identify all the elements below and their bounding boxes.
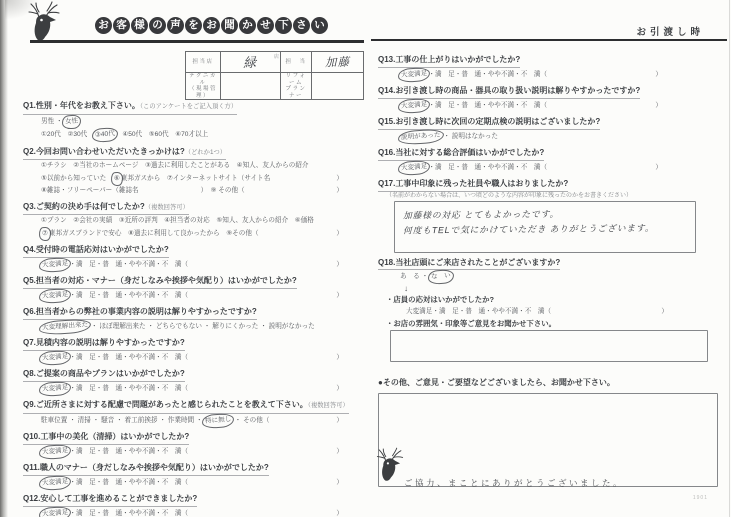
circled-answer: 大変理解出来た — [39, 318, 92, 335]
title-char-circle: 下 — [275, 17, 292, 34]
questions-column-left: Q1.性別・年代をお教え下さい。（このアンケートをご記入頂く方）男性 ・ 女性①… — [23, 99, 370, 517]
question-title-text: Q9.ご近所さまに対する配慮で問題があったと感じられたことを教えて下さい。（複数… — [23, 398, 349, 414]
scan-edge-line — [729, 0, 730, 517]
question-number-and-text: Q13.工事の仕上がりはいかがでしたか? — [378, 55, 520, 64]
answer-option: 説明がなかった — [269, 321, 315, 333]
deer-logo-icon — [374, 446, 406, 489]
paren-close: ） — [336, 185, 343, 197]
question-title-text: Q1.性別・年代をお教え下さい。（このアンケートをご記入頂く方） — [23, 99, 237, 115]
answer-options: あ る ・ な い — [400, 270, 727, 284]
option-separator: ・ — [96, 508, 103, 517]
question-Q6: Q6.担当者からの弊社の事業内容の説明は解りやすかったですか?大変理解出来た ・… — [23, 305, 370, 333]
scan-edge-shadow — [0, 0, 8, 517]
circled-answer: 大変満足 — [398, 159, 431, 175]
option-separator: ・ — [89, 321, 99, 333]
question-title-text: Q3.ご契約の決め手は何でしたか?（複数回答可） — [23, 200, 189, 216]
question-Q13: Q13.工事の仕上がりはいかがでしたか?大変満足・満 足・普 通・やや不満・不 … — [378, 53, 727, 81]
circled-answer: ⑥ — [110, 171, 123, 185]
answer-option: 満 足 — [76, 477, 96, 489]
question-Q17: Q17.工事中印象に残った社員や職人はおりましたか?（名前がわからない場合は、い… — [378, 177, 727, 253]
option-separator — [67, 215, 74, 227]
option-separator: ・ — [122, 477, 129, 489]
option-separator: ・ — [459, 306, 466, 318]
answer-option: 満 足 — [76, 352, 96, 364]
option-separator: ・ — [122, 383, 129, 395]
answer-option: 不 満（ — [162, 383, 188, 395]
answer-option: 普 通 — [465, 306, 485, 318]
paren-close: ） — [661, 306, 668, 318]
question-number-and-text: Q6.担当者からの弊社の事業内容の説明は解りやすかったですか? — [23, 307, 257, 316]
question-title-text: Q13.工事の仕上がりはいかがでしたか? — [378, 53, 520, 68]
question-title-text: Q12.安心して工事を進めることができましたか? — [23, 492, 197, 507]
answer-option: ） ⑨ その他（ — [201, 185, 245, 197]
option-separator: ・ — [96, 259, 103, 271]
answer-options: 大変満足・満 足・普 通・やや不満・不 満（） — [41, 445, 343, 459]
answer-option: 不 満（ — [162, 290, 188, 302]
question-number-and-text: Q10.工事中の美化（清掃）はいかがでしたか? — [23, 432, 189, 441]
answer-option: やや不満 — [129, 477, 155, 489]
answer-option: やや不満 — [129, 446, 155, 458]
answer-option: 不 満（ — [162, 446, 188, 458]
option-separator — [288, 215, 295, 227]
option-separator: ・ — [155, 383, 162, 395]
answer-option: ③近所の評判 — [119, 215, 158, 227]
option-separator: ・ — [122, 290, 129, 302]
question-title: Q11.職人のマナー（身だしなみや挨拶や気配り）はいかがでしたか? — [23, 461, 370, 476]
circled-answer: 大変満足 — [39, 380, 72, 396]
answer-option: ④担当者の対応 — [164, 215, 209, 227]
question-title-text: Q11.職人のマナー（身だしなみや挨拶や気配り）はいかがでしたか? — [23, 461, 269, 476]
circled-answer: な い — [428, 269, 455, 284]
answer-option: 普 通 — [102, 446, 122, 458]
answer-option: ①チラシ — [41, 160, 67, 172]
answer-option: ②当社のホームページ — [73, 160, 138, 172]
answer-option: 不 満（ — [162, 259, 188, 271]
question-number-and-text: Q3.ご契約の決め手は何でしたか? — [23, 202, 145, 211]
option-separator: ・ — [96, 446, 103, 458]
answer-options: 大変満足・満 足・普 通・やや不満・不 満（） — [41, 476, 343, 490]
question-title: Q15.お引き渡し時に次回の定期点検の説明はございましたか? — [378, 115, 727, 130]
sub-question-title: ・お店の雰囲気・印象等ご意見をお聞かせ下さい。 — [386, 317, 727, 330]
option-separator — [230, 160, 237, 172]
store-suffix: 店 — [274, 53, 279, 60]
question-number-and-text: Q16.当社に対する総合評価はいかがでしたか? — [378, 148, 544, 157]
answer-options: 大変満足・満 足・普 通・やや不満・不 満（） — [41, 289, 343, 303]
question-Q15: Q15.お引き渡し時に次回の定期点検の説明はございましたか?説明があった ・ 説… — [378, 115, 727, 143]
title-char-circle: さ — [293, 17, 310, 34]
option-separator: ・ — [122, 259, 129, 271]
paren-close: ） — [655, 69, 662, 81]
answer-option: 男性 — [41, 116, 54, 128]
option-separator: ・ — [481, 100, 488, 112]
circled-answer: 大変満足 — [39, 349, 72, 365]
paren-close: ） — [336, 259, 343, 271]
answer-option: 説明はなかった — [452, 131, 498, 143]
answer-option: 不 満（ — [162, 477, 188, 489]
answer-option: 満 足 — [435, 100, 455, 112]
other-comments-box — [378, 393, 718, 487]
question-Q16: Q16.当社に対する総合評価はいかがでしたか?大変満足・満 足・普 通・やや不満… — [378, 146, 727, 174]
option-separator: ・ — [155, 508, 162, 517]
answer-options: 大変満足・満 足・普 通・やや不満・不 満（） — [406, 306, 668, 318]
answer-option: ⑤以前から知っていた — [41, 173, 113, 185]
question-title-text: Q4.受付時の電話応対はいかがでしたか? — [23, 243, 169, 258]
title-char-circle: お — [203, 17, 220, 34]
question-title-text: Q14.お引き渡し時の商品・器具の取り扱い説明は解りやすかったですか? — [378, 84, 640, 99]
option-separator: ・ — [485, 306, 492, 318]
question-title: Q14.お引き渡し時の商品・器具の取り扱い説明は解りやすかったですか? — [378, 84, 727, 99]
option-separator: ・ — [122, 446, 129, 458]
answer-option: 満 足 — [76, 290, 96, 302]
answer-option: ③過去に利用したことがある — [145, 160, 230, 172]
scanned-survey-form: お客様の声をお聞かせ下さい お引渡し時 担当店 緑 店 担 当 加藤 テクニカル… — [0, 0, 731, 517]
answer-option: 駐車位置 — [41, 415, 67, 427]
answer-option: 普 通 — [102, 508, 122, 517]
question-title: Q12.安心して工事を進めることができましたか? — [23, 492, 370, 507]
answer-option: 大変満足 — [406, 306, 432, 318]
answer-options: 男性 ・ 女性 — [41, 115, 370, 129]
title-char-circle: せ — [257, 17, 274, 34]
option-separator: ・ — [114, 415, 124, 427]
staff-value-cell: 加藤 — [312, 52, 364, 73]
option-separator: ・ — [514, 100, 521, 112]
answer-option: 満 足 — [76, 383, 96, 395]
title-char-circle: を — [185, 17, 202, 34]
answer-option: やや不満 — [129, 290, 155, 302]
answer-option: 普 通 — [461, 100, 481, 112]
question-number-and-text: Q12.安心して工事を進めることができましたか? — [23, 494, 197, 503]
answer-options: 大変満足・満 足・普 通・やや不満・不 満（） — [41, 507, 343, 517]
question-Q4: Q4.受付時の電話応対はいかがでしたか?大変満足・満 足・普 通・やや不満・不 … — [23, 243, 370, 271]
question-Q1: Q1.性別・年代をお教え下さい。（このアンケートをご記入頂く方）男性 ・ 女性①… — [23, 99, 370, 142]
answer-option: ①プラン — [41, 215, 67, 227]
staff-value-handwriting: 加藤 — [325, 54, 351, 71]
option-separator: ・ — [233, 415, 243, 427]
answer-option: 東邦ガスから ⑦インターネットサイト（サイト名 — [121, 173, 270, 185]
paren-close: ） — [336, 352, 343, 364]
answer-option: 不 満（ — [521, 100, 547, 112]
other-comments-label: ●その他、ご意見・ご要望などございましたら、お聞かせ下さい。 — [378, 376, 727, 389]
page-title: お客様の声をお聞かせ下さい — [95, 17, 328, 34]
option-separator: ・ — [455, 69, 462, 81]
answer-option: 満 足 — [76, 446, 96, 458]
option-separator: ・ — [146, 321, 156, 333]
question-number-and-text: Q17.工事中印象に残った社員や職人はおりましたか? — [378, 179, 568, 188]
paren-close: ） — [336, 477, 343, 489]
question-number-and-text: Q18.当社店頭にご来店されたことがございますか? — [378, 258, 560, 267]
answer-option: 着工前挨拶 — [125, 415, 158, 427]
answer-options: 大変満足・満 足・普 通・やや不満・不 満（） — [400, 68, 662, 82]
option-separator: ・ — [155, 259, 162, 271]
question-title: Q10.工事中の美化（清掃）はいかがでしたか? — [23, 430, 370, 445]
paren-close: ） — [655, 100, 662, 112]
answer-option: やや不満 — [488, 69, 514, 81]
answer-option: ⑤知人、友人からの紹介 — [216, 215, 288, 227]
phase-underline-rule — [371, 39, 727, 41]
answer-options: 駐車位置 ・ 清掃 ・ 騒音 ・ 着工前挨拶 ・ 作業時間 ・ 特に無し ・ そ… — [41, 414, 343, 428]
answer-options: ①20代 ②30代 ③40代 ④50代 ⑤60代 ⑥70才以上 — [41, 128, 370, 142]
answer-option: 不 満（ — [521, 162, 547, 174]
store-value-handwriting: 緑 — [243, 52, 258, 71]
title-char-circle: お — [95, 17, 112, 34]
answer-option: やや不満 — [129, 259, 155, 271]
paren-close: ） — [336, 290, 343, 302]
answer-option: 普 通 — [102, 290, 122, 302]
question-title: Q4.受付時の電話応対はいかがでしたか? — [23, 243, 370, 258]
circled-answer: 大変満足 — [398, 66, 431, 82]
option-separator: ・ — [155, 290, 162, 302]
option-separator — [142, 129, 149, 141]
answer-option: 作業時間 — [168, 415, 194, 427]
arrow-down-icon: ↓ — [404, 284, 727, 293]
question-Q10: Q10.工事中の美化（清掃）はいかがでしたか?大変満足・満 足・普 通・やや不満… — [23, 430, 370, 458]
answer-options: 大変満足・満 足・普 通・やや不満・不 満（） — [41, 351, 343, 365]
answer-option: やや不満 — [488, 162, 514, 174]
option-separator — [112, 215, 119, 227]
title-char-circle: 声 — [167, 17, 184, 34]
paren-close: ） — [336, 415, 343, 427]
answer-option: 普 通 — [102, 352, 122, 364]
option-separator — [169, 129, 176, 141]
comment-box — [390, 330, 708, 362]
option-separator: ・ — [122, 352, 129, 364]
question-title: Q7.見積内容の説明は解りやすかったですか? — [23, 336, 370, 351]
answer-option: 普 通 — [461, 69, 481, 81]
question-title-text: Q8.ご提案の商品やプランはいかがでしたか? — [23, 367, 185, 382]
answer-option: やや不満 — [492, 306, 518, 318]
option-separator: ・ — [122, 508, 129, 517]
question-title-text: Q16.当社に対する総合評価はいかがでしたか? — [378, 146, 544, 161]
sub-question-title: ・店員の応対はいかがでしたか? — [386, 293, 727, 306]
paren-close: ） — [336, 446, 343, 458]
option-separator: ・ — [155, 446, 162, 458]
question-note: （どれか1つ） — [185, 149, 226, 156]
paren-close: ） — [336, 173, 343, 185]
answer-option: どちらでもない — [156, 321, 202, 333]
title-char-circle: の — [149, 17, 166, 34]
question-number-and-text: Q11.職人のマナー（身だしなみや挨拶や気配り）はいかがでしたか? — [23, 463, 269, 472]
answer-option: 普 通 — [461, 162, 481, 174]
option-separator — [67, 160, 74, 172]
answer-option: 満 足 — [76, 259, 96, 271]
question-number-and-text: Q4.受付時の電話応対はいかがでしたか? — [23, 245, 169, 254]
answer-options: 大変満足・満 足・普 通・やや不満・不 満（） — [41, 382, 343, 396]
answer-option: 騒音 — [101, 415, 114, 427]
title-char-circle: か — [239, 17, 256, 34]
circled-answer: 大変満足 — [39, 287, 72, 303]
option-separator: ・ — [155, 477, 162, 489]
question-note: （名前がわからない場合は、いつ頃どのような内容が印象に残ったのかをお書きください… — [386, 192, 727, 201]
paren-close: ） — [655, 162, 662, 174]
question-number-and-text: Q15.お引き渡し時に次回の定期点検の説明はございましたか? — [378, 117, 600, 126]
option-separator — [61, 129, 68, 141]
option-separator: ・ — [455, 162, 462, 174]
answer-option: 解りにくかった — [212, 321, 258, 333]
answer-option: 不 満（ — [162, 508, 188, 517]
question-Q3: Q3.ご契約の決め手は何でしたか?（複数回答可）①プラン ②会社の実績 ③近所の… — [23, 200, 370, 241]
option-separator: ・ — [96, 477, 103, 489]
question-Q8: Q8.ご提案の商品やプランはいかがでしたか?大変満足・満 足・普 通・やや不満・… — [23, 367, 370, 395]
circled-answer: 大変満足 — [39, 443, 72, 459]
circled-answer: 大変満足 — [39, 505, 72, 517]
question-number-and-text: Q1.性別・年代をお教え下さい。 — [23, 101, 140, 110]
answer-option: あ る — [400, 271, 420, 283]
question-Q5: Q5.担当者の対応・マナー（身だしなみや挨拶や気配り）はいかがでしたか?大変満足… — [23, 274, 370, 302]
option-separator: ・ — [481, 162, 488, 174]
option-separator: ・ — [96, 352, 103, 364]
store-value-cell: 緑 店 — [221, 52, 281, 73]
page-code: 1901 — [693, 495, 708, 501]
answer-option: 普 通 — [102, 477, 122, 489]
answer-option: ④50代 — [122, 129, 142, 141]
question-title-text: Q10.工事中の美化（清掃）はいかがでしたか? — [23, 430, 189, 445]
answer-options: ⑦東邦ガスブランドで安心 ⑧過去に利用して良かったから ⑨その他（） — [41, 227, 343, 241]
option-separator: ・ — [155, 352, 162, 364]
question-title: Q2.今回お問い合わせいただいたきっかけは?（どれか1つ） — [23, 145, 370, 161]
option-separator — [210, 215, 217, 227]
answer-option: 満 足 — [76, 508, 96, 517]
option-separator: ・ — [481, 69, 488, 81]
title-char-circle: 客 — [113, 17, 130, 34]
answer-option: やや不満 — [129, 383, 155, 395]
staff-table: 担当店 緑 店 担 当 加藤 テクニカル（現場管理） リフォームプランナー — [185, 51, 364, 100]
answer-option: 普 通 — [102, 259, 122, 271]
circled-answer: 女性 — [62, 114, 82, 129]
answer-option: 満 足 — [435, 162, 455, 174]
question-note: （複数回答可） — [145, 204, 189, 211]
technical-value-cell — [221, 73, 281, 100]
option-separator: ・ — [202, 321, 212, 333]
question-number-and-text: Q14.お引き渡し時の商品・器具の取り扱い説明は解りやすかったですか? — [378, 86, 640, 95]
question-title: Q6.担当者からの弊社の事業内容の説明は解りやすかったですか? — [23, 305, 370, 320]
question-note: （複数回答可） — [308, 402, 349, 409]
title-char-circle: い — [311, 17, 328, 34]
answer-option: ⑧雑誌・フリーペーパー（雑誌名 — [41, 185, 139, 197]
title-char-circle: 様 — [131, 17, 148, 34]
question-title-text: Q6.担当者からの弊社の事業内容の説明は解りやすかったですか? — [23, 305, 257, 320]
question-Q2: Q2.今回お問い合わせいただいたきっかけは?（どれか1つ）①チラシ ②当社のホー… — [23, 145, 370, 197]
answer-option: 普 通 — [102, 383, 122, 395]
staff-label: 担 当 — [281, 52, 312, 73]
answer-option: ⑥70才以上 — [175, 129, 208, 141]
question-title: Q16.当社に対する総合評価はいかがでしたか? — [378, 146, 727, 161]
question-title-text: Q18.当社店頭にご来店されたことがございますか? — [378, 256, 560, 271]
option-separator — [138, 160, 145, 172]
answer-option: やや不満 — [129, 352, 155, 364]
answer-option: ①20代 — [41, 129, 61, 141]
planner-label: リフォームプランナー — [281, 73, 312, 100]
circled-answer: 大変満足 — [398, 97, 431, 113]
question-title: Q5.担当者の対応・マナー（身だしなみや挨拶や気配り）はいかがでしたか? — [23, 274, 370, 289]
answer-option: 清掃 — [78, 415, 91, 427]
question-title-text: Q17.工事中印象に残った社員や職人はおりましたか? — [378, 177, 568, 192]
question-title: Q17.工事中印象に残った社員や職人はおりましたか? — [378, 177, 727, 192]
answer-options: 大変満足・満 足・普 通・やや不満・不 満（） — [41, 258, 343, 272]
paren-close: ） — [336, 228, 343, 240]
title-char-circle: 聞 — [221, 17, 238, 34]
answer-option: ④知人、友人からの紹介 — [237, 160, 309, 172]
question-number-and-text: Q8.ご提案の商品やプランはいかがでしたか? — [23, 369, 185, 378]
circled-answer: 大変満足 — [39, 256, 72, 272]
question-title: Q18.当社店頭にご来店されたことがございますか? — [378, 256, 727, 271]
option-separator: ・ — [455, 100, 462, 112]
answer-option: ほぼ理解出来た — [99, 321, 145, 333]
question-number-and-text: Q2.今回お問い合わせいただいたきっかけは? — [23, 147, 185, 156]
option-separator — [158, 215, 165, 227]
questions-column-right: Q13.工事の仕上がりはいかがでしたか?大変満足・満 足・普 通・やや不満・不 … — [378, 53, 727, 487]
question-title: Q13.工事の仕上がりはいかがでしたか? — [378, 53, 727, 68]
answer-option: ⑥価格 — [295, 215, 314, 227]
answer-option: ②30代 — [67, 129, 87, 141]
answer-option: 満 足 — [439, 306, 459, 318]
option-separator: ・ — [96, 290, 103, 302]
answer-option: ②会社の実績 — [73, 215, 112, 227]
answer-option: 不 満（ — [525, 306, 551, 318]
answer-options: ⑧雑誌・フリーペーパー（雑誌名） ⑨ その他（） — [41, 185, 343, 197]
question-number-and-text: Q5.担当者の対応・マナー（身だしなみや挨拶や気配り）はいかがでしたか? — [23, 276, 297, 285]
thanks-message: ご協力、まことにありがとうございました。 — [404, 477, 624, 489]
answer-options: ⑤以前から知っていた ⑥東邦ガスから ⑦インターネットサイト（サイト名） — [41, 172, 343, 186]
question-title: Q8.ご提案の商品やプランはいかがでしたか? — [23, 367, 370, 382]
answer-option: 不 満（ — [521, 69, 547, 81]
question-title-text: Q7.見積内容の説明は解りやすかったですか? — [23, 336, 185, 351]
answer-option: その他（ — [243, 415, 269, 427]
question-Q9: Q9.ご近所さまに対する配慮で問題があったと感じられたことを教えて下さい。（複数… — [23, 398, 370, 427]
question-title: Q9.ご近所さまに対する配慮で問題があったと感じられたことを教えて下さい。（複数… — [23, 398, 370, 414]
answer-options: 大変理解出来た ・ ほぼ理解出来た ・ どちらでもない ・ 解りにくかった ・ … — [41, 320, 370, 334]
paren-close: ） — [336, 383, 343, 395]
phase-label: お引渡し時 — [636, 24, 704, 38]
question-title: Q3.ご契約の決め手は何でしたか?（複数回答可） — [23, 200, 370, 216]
question-title-text: Q5.担当者の対応・マナー（身だしなみや挨拶や気配り）はいかがでしたか? — [23, 274, 297, 289]
comment-box: 加藤様の対応 とてもよかったです。何度もTELで気にかけていただき ありがとうご… — [394, 201, 696, 253]
technical-label: テクニカル（現場管理） — [186, 73, 221, 100]
option-separator: ・ — [258, 321, 268, 333]
option-separator: ・ — [514, 162, 521, 174]
answer-option: やや不満 — [129, 508, 155, 517]
answer-option: 不 満（ — [162, 352, 188, 364]
question-Q12: Q12.安心して工事を進めることができましたか?大変満足・満 足・普 通・やや不… — [23, 492, 370, 517]
question-Q18: Q18.当社店頭にご来店されたことがございますか?あ る ・ な い↓・店員の応… — [378, 256, 727, 363]
handwritten-text: 何度もTELで気にかけていただき ありがとうございます。 — [403, 220, 687, 238]
title-underline-rule — [30, 40, 364, 43]
answer-option: ⑤60代 — [149, 129, 169, 141]
question-number-and-text: Q7.見積内容の説明は解りやすかったですか? — [23, 338, 185, 347]
option-separator: ・ — [96, 383, 103, 395]
paren-close: ） — [336, 508, 343, 517]
question-Q11: Q11.職人のマナー（身だしなみや挨拶や気配り）はいかがでしたか?大変満足・満 … — [23, 461, 370, 489]
circled-answer: 特に無し — [202, 412, 235, 428]
question-number-and-text: Q9.ご近所さまに対する配慮で問題があったと感じられたことを教えて下さい。 — [23, 400, 308, 409]
option-separator: ・ — [158, 415, 168, 427]
circled-answer: ⑦ — [39, 226, 52, 240]
question-note: （このアンケートをご記入頂く方） — [140, 103, 237, 110]
option-separator: ・ — [67, 415, 77, 427]
question-title-text: Q2.今回お問い合わせいただいたきっかけは?（どれか1つ） — [23, 145, 226, 161]
answer-option: 満 足 — [435, 69, 455, 81]
answer-options: ①プラン ②会社の実績 ③近所の評判 ④担当者の対応 ⑤知人、友人からの紹介 ⑥… — [41, 215, 370, 227]
option-separator: ・ — [432, 306, 439, 318]
option-separator: ・ — [91, 415, 101, 427]
circled-answer: ③40代 — [91, 127, 118, 142]
circled-answer: 大変満足 — [39, 474, 72, 490]
circled-answer: 説明があった — [398, 128, 444, 145]
planner-value-cell — [312, 73, 364, 100]
option-separator: ・ — [514, 69, 521, 81]
answer-options: 説明があった ・ 説明はなかった — [400, 130, 727, 144]
answer-option: やや不満 — [488, 100, 514, 112]
store-label: 担当店 — [186, 52, 221, 73]
